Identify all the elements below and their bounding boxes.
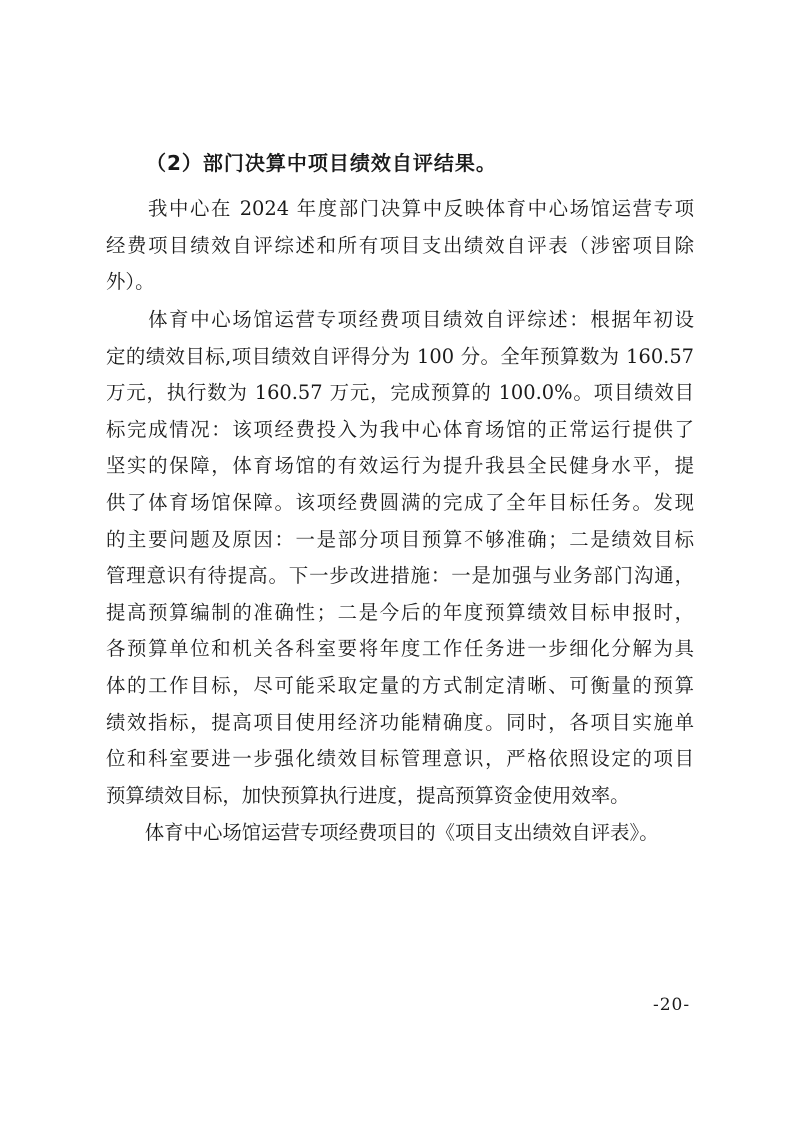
paragraph-intro: 我中心在 2024 年度部门决算中反映体育中心场馆运营专项 经费项目绩效自评综述… bbox=[106, 191, 694, 301]
text-line: 我中心在 2024 年度部门决算中反映体育中心场馆运营专项 bbox=[106, 191, 694, 228]
paragraph-summary: 体育中心场馆运营专项经费项目绩效自评综述：根据年初设 定的绩效目标,项目绩效自评… bbox=[106, 302, 694, 814]
document-page: （2）部门决算中项目绩效自评结果。 我中心在 2024 年度部门决算中反映体育中… bbox=[0, 0, 793, 1122]
text-line: 提高预算编制的准确性；二是今后的年度预算绩效目标申报时， bbox=[106, 595, 694, 632]
text-line: 体育中心场馆运营专项经费项目的《项目支出绩效自评表》。 bbox=[106, 815, 694, 852]
text-line: 的主要问题及原因：一是部分项目预算不够准确；二是绩效目标 bbox=[106, 522, 694, 559]
text-line: 管理意识有待提高。下一步改进措施：一是加强与业务部门沟通， bbox=[106, 558, 694, 595]
section-heading: （2）部门决算中项目绩效自评结果。 bbox=[146, 147, 497, 176]
text-line: 预算绩效目标，加快预算执行进度，提高预算资金使用效率。 bbox=[106, 778, 694, 815]
text-line: 外）。 bbox=[106, 264, 694, 301]
text-line: 位和科室要进一步强化绩效目标管理意识，严格依照设定的项目 bbox=[106, 741, 694, 778]
paragraph-table-reference: 体育中心场馆运营专项经费项目的《项目支出绩效自评表》。 bbox=[106, 815, 694, 852]
text-line: 定的绩效目标,项目绩效自评得分为 100 分。全年预算数为 160.57 bbox=[106, 339, 694, 376]
text-line: 经费项目绩效自评综述和所有项目支出绩效自评表（涉密项目除 bbox=[106, 228, 694, 265]
text-line: 标完成情况：该项经费投入为我中心体育场馆的正常运行提供了 bbox=[106, 412, 694, 449]
text-line: 体的工作目标，尽可能采取定量的方式制定清晰、可衡量的预算 bbox=[106, 668, 694, 705]
text-line: 绩效指标，提高项目使用经济功能精确度。同时，各项目实施单 bbox=[106, 705, 694, 742]
text-line: 供了体育场馆保障。该项经费圆满的完成了全年目标任务。发现 bbox=[106, 485, 694, 522]
text-line: 各预算单位和机关各科室要将年度工作任务进一步细化分解为具 bbox=[106, 631, 694, 668]
page-number: -20- bbox=[653, 995, 690, 1015]
text-line: 万元，执行数为 160.57 万元，完成预算的 100.0%。项目绩效目 bbox=[106, 375, 694, 412]
text-line: 体育中心场馆运营专项经费项目绩效自评综述：根据年初设 bbox=[106, 302, 694, 339]
text-line: 坚实的保障，体育场馆的有效运行为提升我县全民健身水平，提 bbox=[106, 448, 694, 485]
